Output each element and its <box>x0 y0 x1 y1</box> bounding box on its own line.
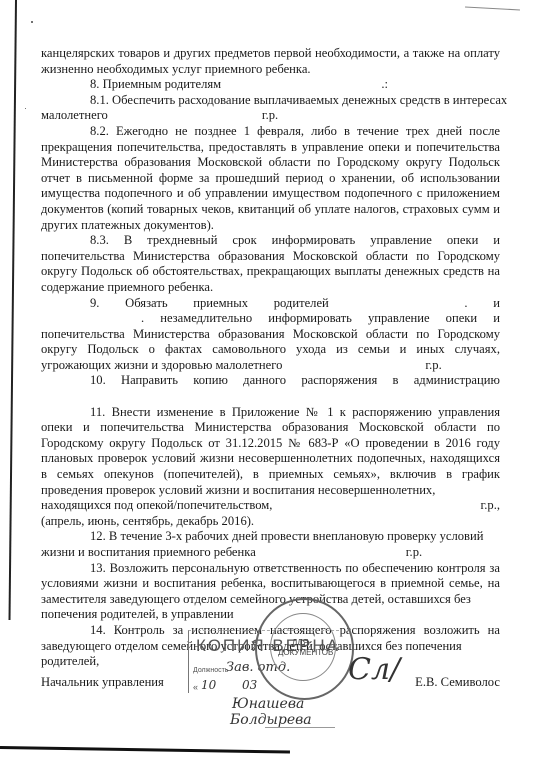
official-seal-inner-ring <box>270 613 336 681</box>
handwritten-signature-2: Болдырева <box>230 712 312 728</box>
paragraph-9-line-4: угрожающих жизни и здоровью малолетнегог… <box>41 358 500 374</box>
seal-documents-text: ДОКУМЕНТОВ <box>278 648 333 657</box>
stamp-date-month: 03 <box>242 678 257 692</box>
paragraph-11-dates: (апрель, июнь, сентябрь, декабрь 2016). <box>41 514 500 530</box>
signatory-position: Начальник управления <box>41 675 164 690</box>
scan-speck <box>31 21 33 23</box>
paragraph-11-continuation: находящихся под опекой/попечительством, … <box>41 498 500 514</box>
stamp-date-prefix: « <box>193 682 198 692</box>
seal-for-documents-text: ДЛЯ <box>292 638 308 647</box>
paragraph-9-line-2: . незамедлительно информировать управлен… <box>41 311 500 327</box>
paragraph-8-3: 8.3. В трехдневный срок информировать уп… <box>41 233 500 295</box>
stamp-date-day: 10 <box>201 678 216 692</box>
stamp-position-label: Должность <box>193 667 228 674</box>
handwritten-signature-1: Юнашева <box>232 696 304 712</box>
director-signature: Сл/ <box>348 652 400 687</box>
scan-bottom-edge <box>0 746 290 754</box>
paragraph-9-line-1: 9. Обязать приемных родителей . и <box>41 296 500 312</box>
scan-artifact-line <box>465 7 520 11</box>
blank-line <box>41 389 500 405</box>
paragraph-11: 11. Внести изменение в Приложение № 1 к … <box>41 405 500 499</box>
paragraph-12: 12. В течение 3-х рабочих дней провести … <box>41 529 500 545</box>
paragraph-7-continuation: канцелярских товаров и других предметов … <box>41 46 500 77</box>
scan-left-edge <box>9 0 17 620</box>
paragraph-13: 13. Возложить персональную ответственнос… <box>41 561 500 608</box>
paragraph-8-1: 8.1. Обеспечить расходование выплачиваем… <box>41 93 500 109</box>
paragraph-9-line-3: попечительства Министерства образования … <box>41 327 500 358</box>
paragraph-10: 10. Направить копию данного распоряжения… <box>41 373 500 389</box>
document-body: канцелярских товаров и других предметов … <box>41 46 500 670</box>
stamp-underline <box>265 727 335 728</box>
paragraph-12-continuation: жизни и воспитания приемного ребенкаг.р. <box>41 545 500 561</box>
paragraph-8: 8. Приемным родителям .: <box>41 77 500 93</box>
paragraph-8-1-continuation: малолетнегог.р. <box>41 108 500 124</box>
signatory-name: Е.В. Семиволос <box>415 675 500 690</box>
scan-speck <box>25 108 26 109</box>
paragraph-8-2: 8.2. Ежегодно не позднее 1 февраля, либо… <box>41 124 500 233</box>
